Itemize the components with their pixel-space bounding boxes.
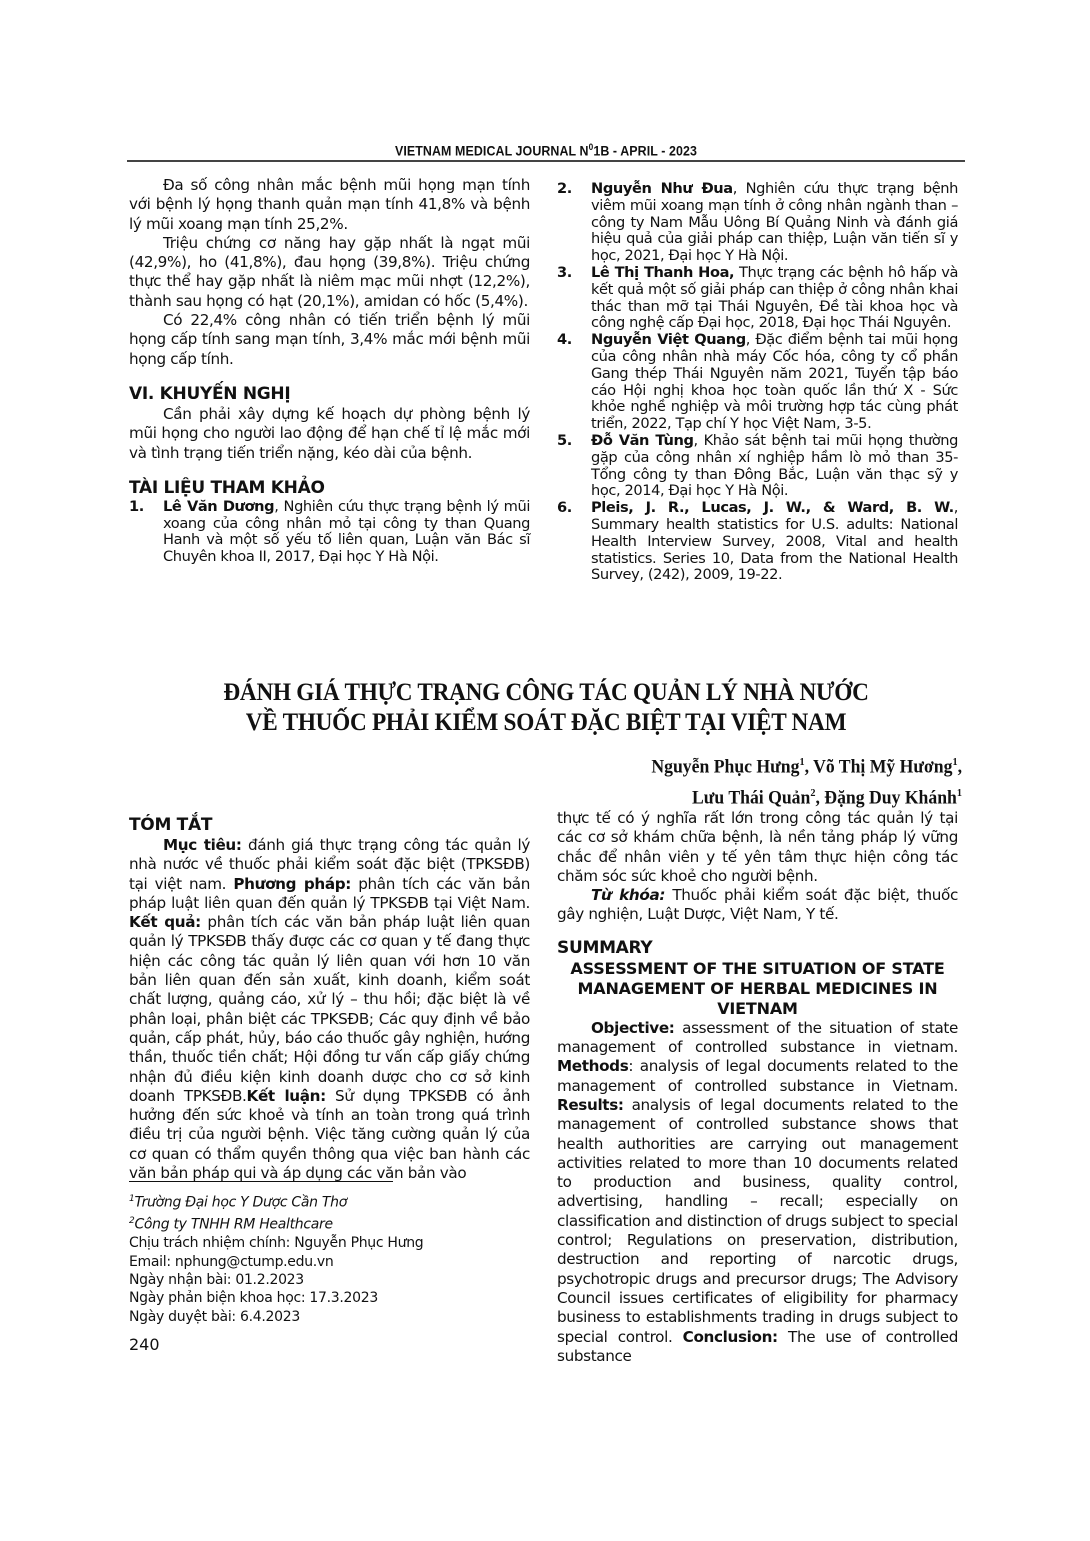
reference-item: 2.Nguyễn Như Đua, Nghiên cứu thực trạng … [557, 181, 958, 265]
reference-number: 2. [557, 181, 572, 198]
conclusion-paragraph: Đa số công nhân mắc bệnh mũi họng mạn tí… [129, 176, 530, 234]
abstract-vi-column: TÓM TẮT Mục tiêu: đánh giá thực trạng cô… [129, 814, 530, 1183]
author-name: Nguyễn Phục Hưng [651, 756, 799, 777]
reference-item: 5.Đỗ Văn Tùng, Khảo sát bệnh tai mũi họn… [557, 433, 958, 500]
running-head: VIETNAM MEDICAL JOURNAL N01B - APRIL - 2… [161, 142, 932, 159]
separator: , [815, 788, 824, 809]
summary-heading: SUMMARY [557, 937, 958, 959]
abstract-right-column: thực tế có ý nghĩa rất lớn trong công tá… [557, 809, 958, 1366]
continuation-text: thực tế có ý nghĩa rất lớn trong công tá… [557, 809, 958, 885]
reference-authors: Lê Thị Thanh Hoa, [591, 264, 734, 281]
recommendation-heading: VI. KHUYẾN NGHỊ [129, 383, 530, 405]
issue-date: 1B - APRIL - 2023 [593, 144, 697, 159]
results-label: Results: [557, 1096, 624, 1114]
reference-item: 1.Lê Văn Dương, Nghiên cứu thực trạng bệ… [129, 499, 530, 566]
reference-authors: Nguyễn Việt Quang [591, 331, 746, 348]
references-heading: TÀI LIỆU THAM KHẢO [129, 477, 530, 499]
summary-title: ASSESSMENT OF THE SITUATION OF STATE MAN… [557, 959, 958, 1019]
author-name: Đặng Duy Khánh [824, 788, 957, 809]
objective-label: Objective: [591, 1019, 675, 1037]
reference-item: 6.Pleis, J. R., Lucas, J. W., & Ward, B.… [557, 500, 958, 584]
abstract-vi-body: Mục tiêu: đánh giá thực trạng công tác q… [129, 836, 530, 1183]
abstract-vi-heading: TÓM TẮT [129, 814, 530, 836]
author-name: Võ Thị Mỹ Hương [813, 756, 952, 777]
footnote-rule [129, 1181, 393, 1182]
recommendation-text: Cần phải xây dựng kế hoạch dự phòng bệnh… [129, 405, 530, 463]
reference-number: 5. [557, 433, 572, 450]
journal-name: VIETNAM MEDICAL JOURNAL N [395, 144, 589, 159]
header-rule [127, 160, 965, 162]
abstract-en-body: Objective: assessment of the situation o… [557, 1019, 958, 1366]
reference-number: 1. [129, 499, 144, 516]
keywords-label: Từ khóa: [591, 886, 665, 904]
article-title: ĐÁNH GIÁ THỰC TRẠNG CÔNG TÁC QUẢN LÝ NHÀ… [156, 678, 935, 738]
reference-authors: Pleis, J. R., Lucas, J. W., & Ward, B. W… [591, 499, 954, 516]
results-label: Kết quả: [129, 913, 201, 931]
conclusion-paragraph: Triệu chứng cơ năng hay gặp nhất là ngạt… [129, 234, 530, 311]
footnotes: 1Trường Đại học Y Dược Cần Thơ 2Công ty … [129, 1190, 539, 1326]
methods-label: Methods [557, 1057, 628, 1075]
results-text: analysis of legal documents related to t… [557, 1096, 958, 1346]
reference-number: 4. [557, 332, 572, 349]
reference-number: 6. [557, 500, 572, 517]
title-line: VỀ THUỐC PHẢI KIỂM SOÁT ĐẶC BIỆT TẠI VIỆ… [156, 708, 935, 738]
separator: , [805, 756, 814, 777]
corresponding-author: Chịu trách nhiệm chính: Nguyễn Phục Hưng [129, 1234, 539, 1252]
keywords: Từ khóa: Thuốc phải kiểm soát đặc biệt, … [557, 886, 958, 925]
objective-label: Mục tiêu: [163, 836, 242, 854]
page-number: 240 [129, 1335, 160, 1354]
accepted-date: Ngày duyệt bài: 6.4.2023 [129, 1308, 539, 1326]
conclusion-label: Kết luận: [247, 1087, 326, 1105]
prev-article-right-column: 2.Nguyễn Như Đua, Nghiên cứu thực trạng … [557, 181, 958, 584]
affiliation-1: 1Trường Đại học Y Dược Cần Thơ [129, 1190, 539, 1212]
affiliation-text: Trường Đại học Y Dược Cần Thơ [134, 1195, 347, 1211]
affiliation-text: Công ty TNHH RM Healthcare [134, 1217, 332, 1233]
reference-number: 3. [557, 265, 572, 282]
abstract-vi-continuation: thực tế có ý nghĩa rất lớn trong công tá… [557, 809, 958, 886]
journal-page: VIETNAM MEDICAL JOURNAL N01B - APRIL - 2… [0, 0, 1090, 1541]
reference-authors: Lê Văn Dương [163, 498, 274, 515]
separator: , [958, 756, 962, 777]
reference-authors: Nguyễn Như Đua [591, 180, 733, 197]
received-date: Ngày nhận bài: 01.2.2023 [129, 1271, 539, 1289]
author-name: Lưu Thái Quản [692, 788, 810, 809]
reference-item: 3.Lê Thị Thanh Hoa, Thực trạng các bệnh … [557, 265, 958, 332]
review-date: Ngày phản biện khoa học: 17.3.2023 [129, 1289, 539, 1307]
prev-article-left-column: Đa số công nhân mắc bệnh mũi họng mạn tí… [129, 176, 530, 566]
author-list: Nguyễn Phục Hưng1, Võ Thị Mỹ Hương1, Lưu… [651, 749, 962, 812]
methods-label: Phương pháp: [233, 875, 351, 893]
email: Email: nphung@ctump.edu.vn [129, 1253, 539, 1271]
affiliation-2: 2Công ty TNHH RM Healthcare [129, 1212, 539, 1234]
reference-authors: Đỗ Văn Tùng [591, 432, 694, 449]
title-line: ĐÁNH GIÁ THỰC TRẠNG CÔNG TÁC QUẢN LÝ NHÀ… [156, 678, 935, 708]
conclusion-label: Conclusion: [683, 1328, 778, 1346]
reference-item: 4.Nguyễn Việt Quang, Đặc điểm bệnh tai m… [557, 332, 958, 433]
affiliation-marker: 1 [957, 787, 962, 799]
conclusion-paragraph: Có 22,4% công nhân có tiến triển bệnh lý… [129, 311, 530, 369]
results-text: phân tích các văn bản pháp luật liên qua… [129, 913, 530, 1105]
